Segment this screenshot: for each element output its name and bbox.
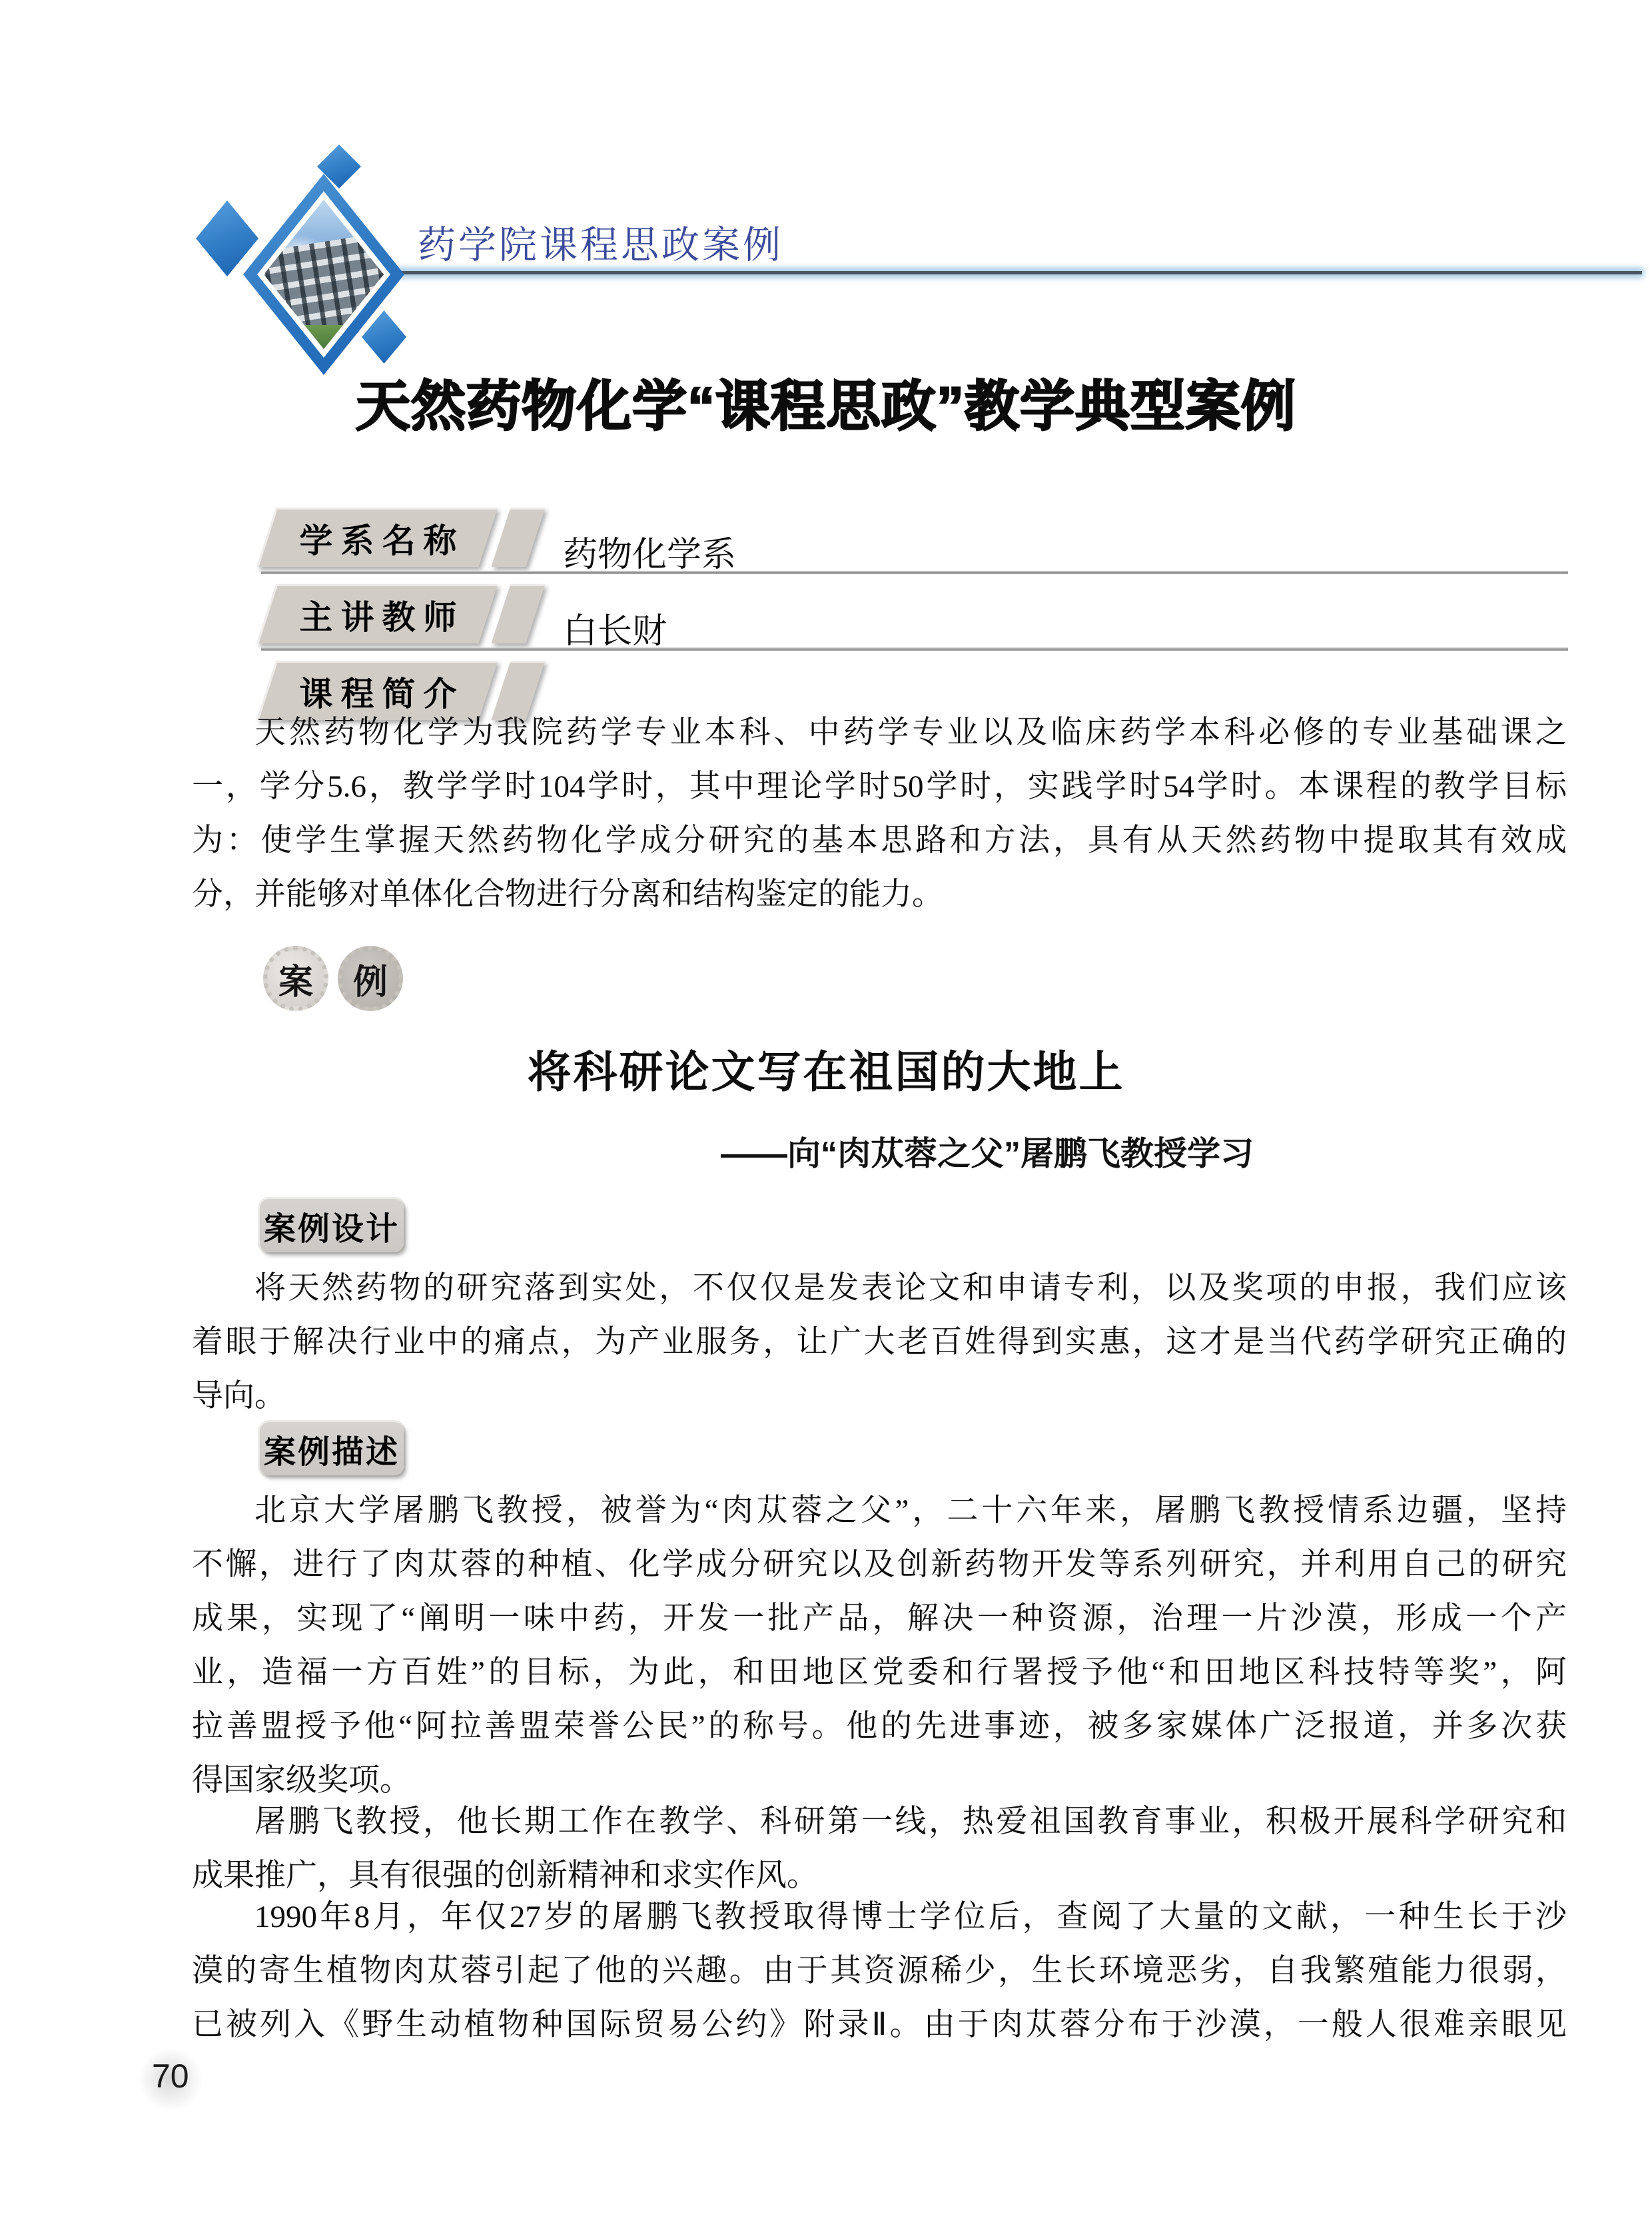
- describe-paragraph-1: 北京大学屠鹏飞教授，被誉为“肉苁蓉之父”，二十六年来，屠鹏飞教授情系边疆，坚持 …: [192, 1484, 1567, 1808]
- text-line: 导向。: [192, 1369, 1567, 1423]
- text-line: 不懈，进行了肉苁蓉的种植、化学成分研究以及创新药物开发等系列研究，并利用自己的研…: [192, 1538, 1567, 1592]
- text-line: 1990年8月，年仅27岁的屠鹏飞教授取得博士学位后，查阅了大量的文献，一种生长…: [192, 1890, 1567, 1944]
- text-line: 为：使学生掌握天然药物化学成分研究的基本思路和方法，具有从天然药物中提取其有效成: [192, 814, 1567, 868]
- course-intro-paragraph: 天然药物化学为我院药学专业本科、中药学专业以及临床药学本科必修的专业基础课之 一…: [192, 706, 1567, 922]
- text-line: 已被列入《野生动植物种国际贸易公约》附录Ⅱ。由于肉苁蓉分布于沙漠，一般人很难亲眼…: [192, 1998, 1567, 2052]
- case-stamp: 案 例: [263, 946, 403, 1011]
- case-subtitle: ——向“肉苁蓉之父”屠鹏飞教授学习: [721, 1127, 1254, 1175]
- text-line: 拉善盟授予他“阿拉善盟荣誉公民”的称号。他的先进事迹，被多家媒体广泛报道，并多次…: [192, 1700, 1567, 1754]
- text-line: 着眼于解决行业中的痛点，为产业服务，让广大老百姓得到实惠，这才是当代药学研究正确…: [192, 1315, 1567, 1369]
- info-row-underline: [261, 571, 1568, 574]
- section-heading-design: 案例设计: [260, 1199, 404, 1252]
- case-stamp-char-2: 例: [338, 946, 403, 1011]
- info-value-teacher: 白长财: [563, 603, 667, 653]
- page-number-area: 70: [131, 2040, 210, 2119]
- info-label-text: 学系名称: [292, 514, 465, 562]
- text-line: 北京大学屠鹏飞教授，被誉为“肉苁蓉之父”，二十六年来，屠鹏飞教授情系边疆，坚持: [192, 1484, 1567, 1538]
- text-line: 成果，实现了“阐明一味中药，开发一批产品，解决一种资源，治理一片沙漠，形成一个产: [192, 1592, 1567, 1646]
- info-value-department: 药物化学系: [563, 526, 736, 576]
- page-title: 天然药物化学“课程思政”教学典型案例: [0, 363, 1652, 441]
- design-paragraph: 将天然药物的研究落到实处，不仅仅是发表论文和申请专利，以及奖项的申报，我们应该 …: [192, 1262, 1567, 1423]
- info-label-tail: [492, 584, 546, 643]
- text-line: 漠的寄生植物肉苁蓉引起了他的兴趣。由于其资源稀少，生长环境恶劣，自我繁殖能力很弱…: [192, 1944, 1567, 1998]
- header-divider-line: [336, 271, 1642, 274]
- building-photo: [264, 200, 384, 349]
- info-label-text: 主讲教师: [292, 591, 465, 639]
- describe-paragraph-3: 1990年8月，年仅27岁的屠鹏飞教授取得博士学位后，查阅了大量的文献，一种生长…: [192, 1890, 1567, 2052]
- document-page: 药学院课程思政案例 天然药物化学“课程思政”教学典型案例 学系名称 药物化学系 …: [0, 0, 1652, 2240]
- case-stamp-char-1: 案: [263, 946, 328, 1011]
- info-row-underline: [261, 647, 1568, 651]
- case-title: 将科研论文写在祖国的大地上: [0, 1036, 1652, 1100]
- info-label-plate: 学系名称: [257, 508, 498, 567]
- text-line: 业，造福一方百姓”的目标，为此，和田地区党委和行署授予他“和田地区科技特等奖”，…: [192, 1646, 1567, 1700]
- info-label-tail: [492, 508, 546, 567]
- text-line: 天然药物化学为我院药学专业本科、中药学专业以及临床药学本科必修的专业基础课之: [192, 706, 1567, 760]
- info-label-plate: 主讲教师: [257, 584, 498, 643]
- section-heading-describe: 案例描述: [260, 1422, 404, 1475]
- text-line: 屠鹏飞教授，他长期工作在教学、科研第一线，热爱祖国教育事业，积极开展科学研究和: [192, 1795, 1567, 1849]
- text-line: 分，并能够对单体化合物进行分离和结构鉴定的能力。: [192, 868, 1567, 922]
- logo-diamond-left: [196, 200, 258, 276]
- text-line: 将天然药物的研究落到实处，不仅仅是发表论文和申请专利，以及奖项的申报，我们应该: [192, 1262, 1567, 1315]
- header-brand-text: 药学院课程思政案例: [418, 214, 783, 269]
- page-number: 70: [152, 2057, 189, 2095]
- describe-paragraph-2: 屠鹏飞教授，他长期工作在教学、科研第一线，热爱祖国教育事业，积极开展科学研究和 …: [192, 1795, 1567, 1903]
- text-line: 一，学分5.6，教学学时104学时，其中理论学时50学时，实践学时54学时。本课…: [192, 760, 1567, 814]
